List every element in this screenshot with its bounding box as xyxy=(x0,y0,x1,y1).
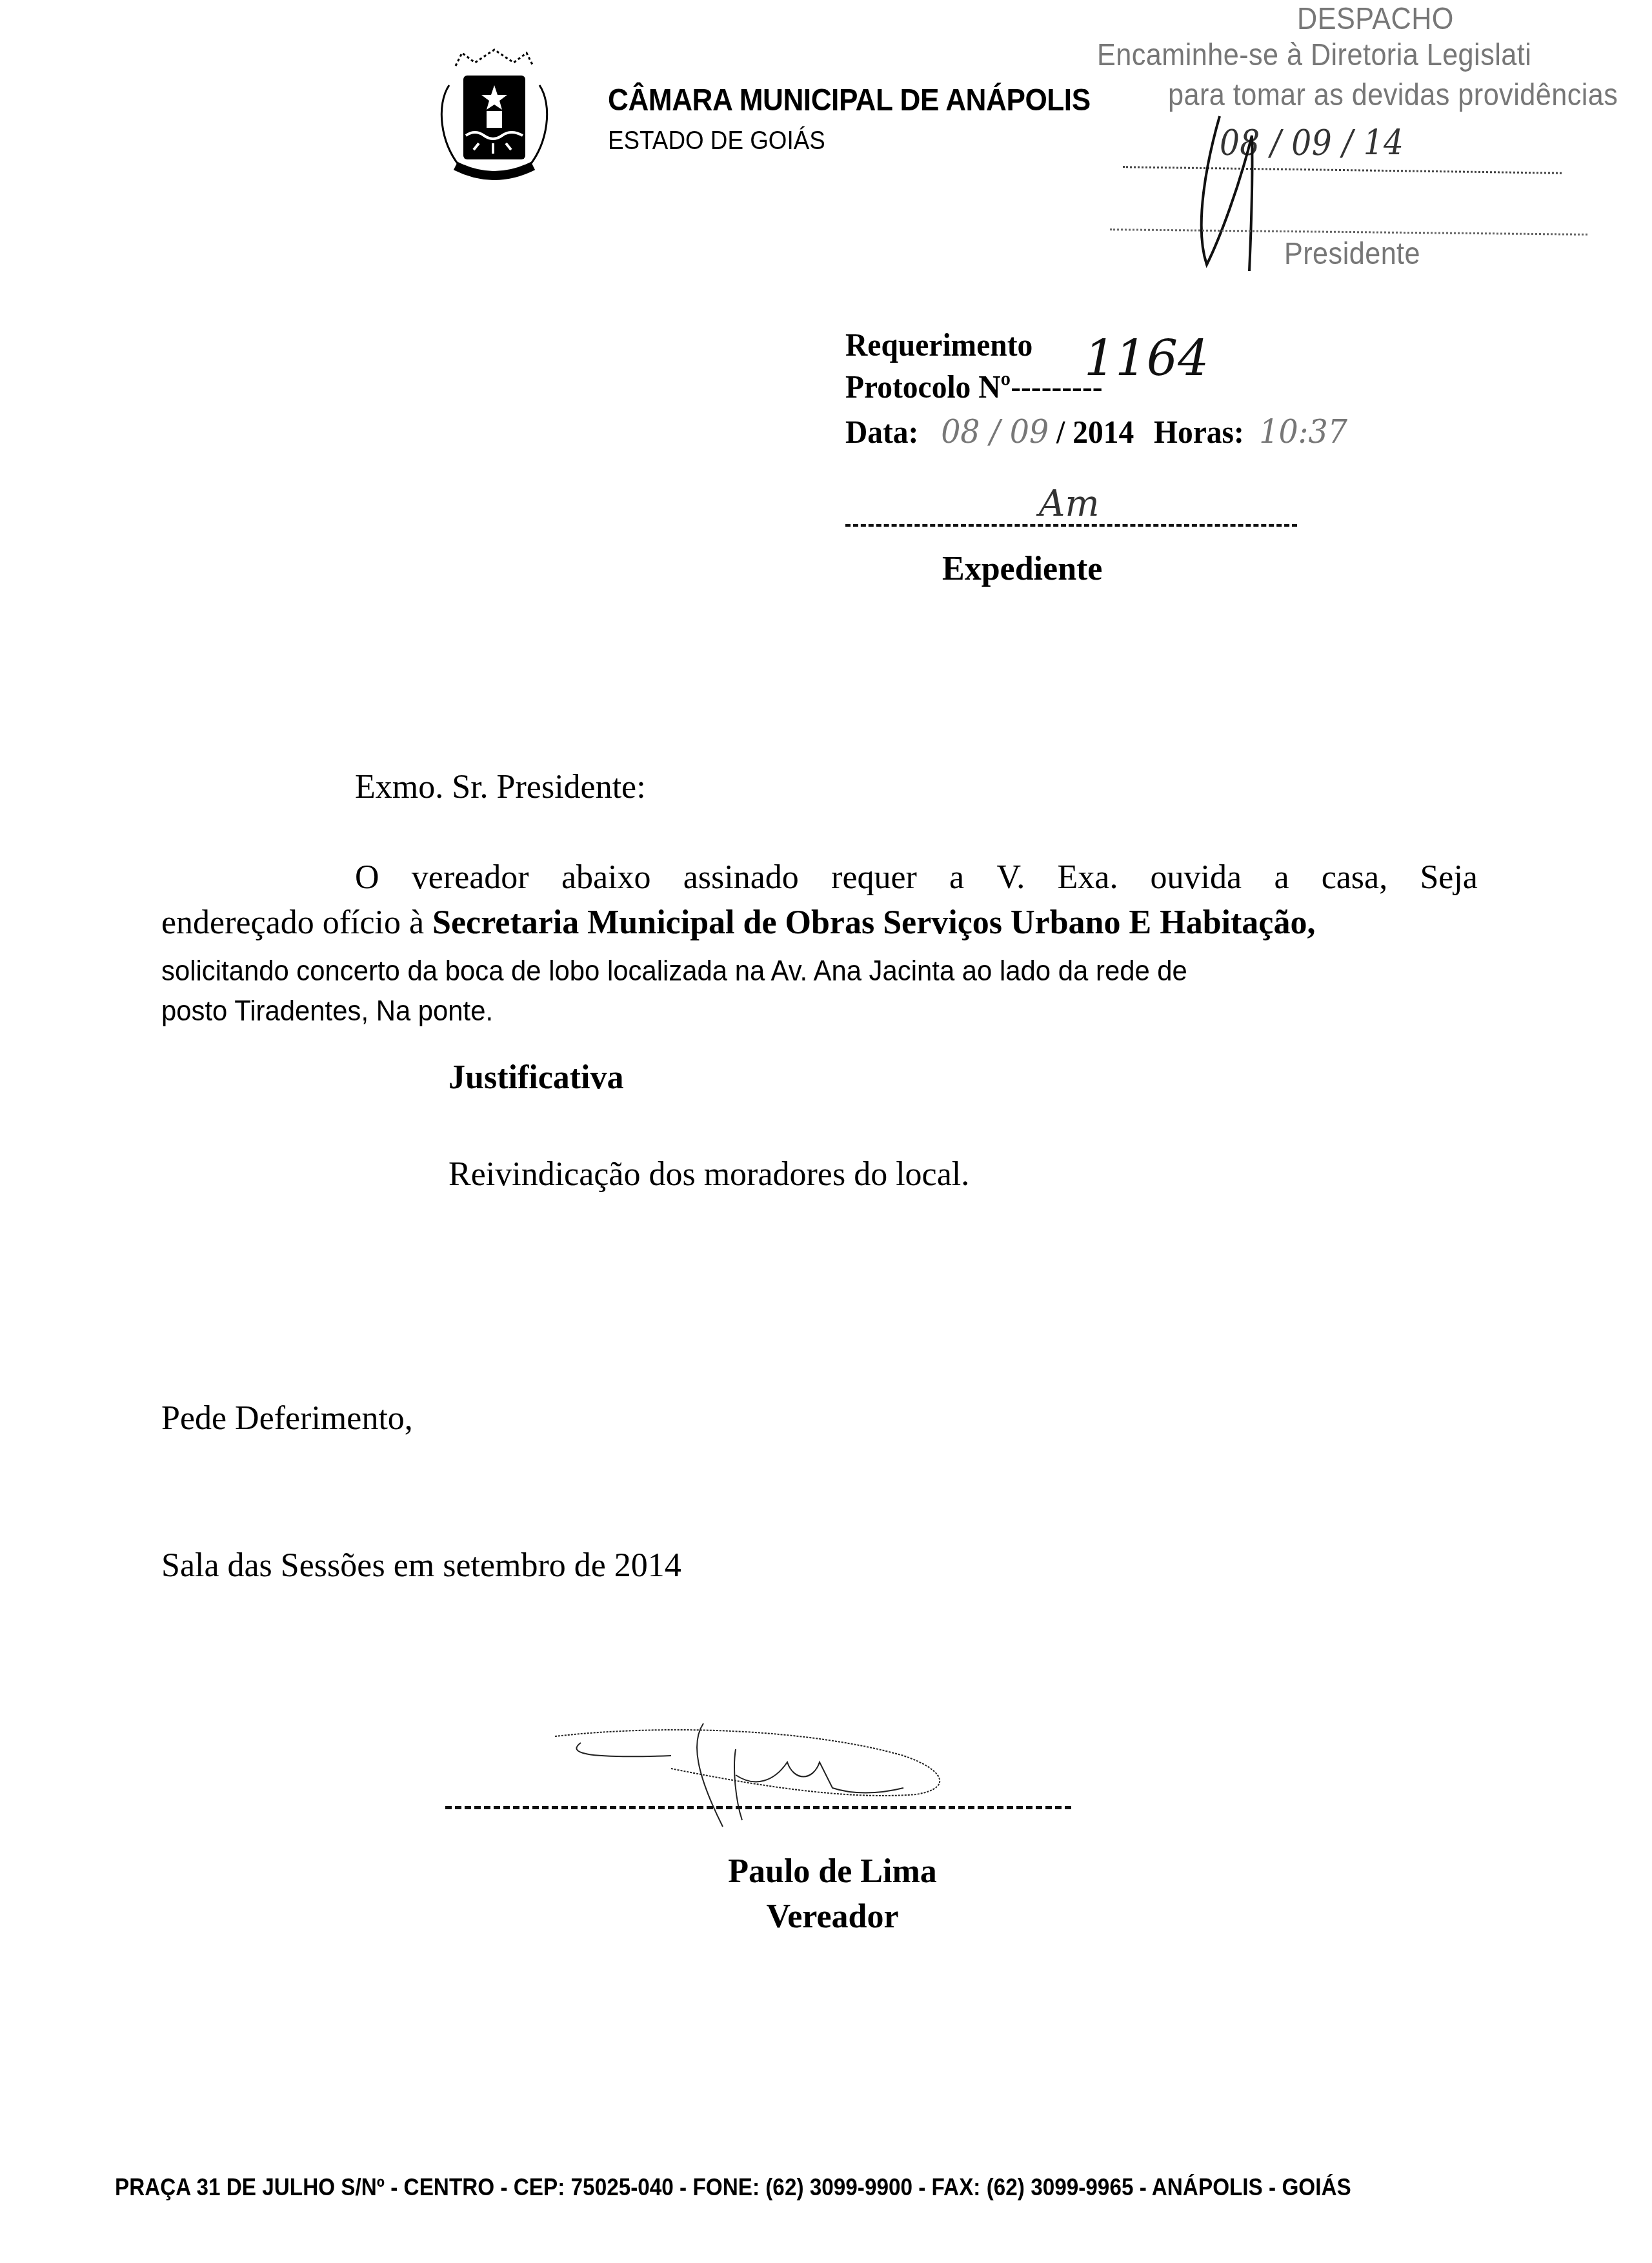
justification-text: Reivindicação dos moradores do local. xyxy=(448,1155,969,1193)
horas-handwritten: 10:37 xyxy=(1259,413,1347,451)
organization-state: ESTADO DE GOIÁS xyxy=(608,127,825,156)
protocol-rubric: Am xyxy=(1039,483,1100,525)
signatory-name: Paulo de Lima xyxy=(0,1852,1652,1891)
vereador-signature-icon xyxy=(542,1717,994,1833)
president-signature-icon xyxy=(1168,110,1297,278)
paragraph-word: ouvida xyxy=(1151,858,1242,897)
stamp-signature-label: Presidente xyxy=(1284,236,1420,272)
paragraph-word: casa, xyxy=(1322,858,1387,897)
paragraph-word: requer xyxy=(831,858,917,897)
organization-name: CÂMARA MUNICIPAL DE ANÁPOLIS xyxy=(608,83,1091,118)
salutation: Exmo. Sr. Presidente: xyxy=(355,768,646,806)
stamp-title: DESPACHO xyxy=(1297,1,1454,37)
paragraph-line1: OvereadorabaixoassinadorequeraV.Exa.ouvi… xyxy=(355,858,1478,897)
recipient-secretariat: Secretaria Municipal de Obras Serviços U… xyxy=(432,904,1315,941)
vereador-signature-rule xyxy=(445,1806,1071,1809)
municipal-crest-icon xyxy=(436,46,552,188)
paragraph-word: a xyxy=(1274,858,1289,897)
paragraph-word: vereador xyxy=(412,858,529,897)
section-expediente: Expediente xyxy=(942,550,1102,588)
data-day-handwritten: 08 xyxy=(941,413,980,451)
data-year: / 2014 xyxy=(1056,414,1134,450)
stamp-instruction-line2: para tomar as devidas providências xyxy=(1168,77,1618,113)
paragraph-word: assinado xyxy=(683,858,799,897)
protocolo-label: Protocolo Nº--------- xyxy=(845,368,1103,405)
despacho-stamp: DESPACHO Encaminhe-se à Diretoria Legisl… xyxy=(1091,0,1652,284)
paragraph-word: Seja xyxy=(1420,858,1478,897)
stamp-instruction-line1: Encaminhe-se à Diretoria Legislati xyxy=(1097,37,1531,73)
paragraph-line3: solicitando concerto da boca de lobo loc… xyxy=(161,954,1187,988)
paragraph-word: abaixo xyxy=(561,858,651,897)
data-month-handwritten: 09 xyxy=(1010,413,1049,451)
requerimento-label: Requerimento xyxy=(845,326,1032,363)
signatory-role: Vereador xyxy=(0,1898,1652,1936)
data-label: Data: xyxy=(845,414,918,450)
paragraph-word: a xyxy=(949,858,964,897)
paragraph-word: Exa. xyxy=(1058,858,1118,897)
place-date: Sala das Sessões em setembro de 2014 xyxy=(161,1547,681,1585)
paragraph-line4: posto Tiradentes, Na ponte. xyxy=(161,994,493,1028)
protocol-number-handwritten: 1164 xyxy=(1084,329,1209,387)
closing: Pede Deferimento, xyxy=(161,1399,413,1437)
paragraph-line2-prefix: endereçado ofício à xyxy=(161,904,432,941)
paragraph-word: V. xyxy=(996,858,1025,897)
footer-address: PRAÇA 31 DE JULHO S/Nº - CENTRO - CEP: 7… xyxy=(115,2174,1351,2201)
data-line: Data: 08 / 09 / 2014 Horas: 10:37 xyxy=(845,413,1347,451)
paragraph-word: O xyxy=(355,858,379,897)
paragraph-line2: endereçado ofício à Secretaria Municipal… xyxy=(161,904,1315,942)
justification-title: Justificativa xyxy=(448,1059,624,1097)
horas-label: Horas: xyxy=(1154,414,1244,450)
protocol-signature-rule xyxy=(845,524,1297,527)
